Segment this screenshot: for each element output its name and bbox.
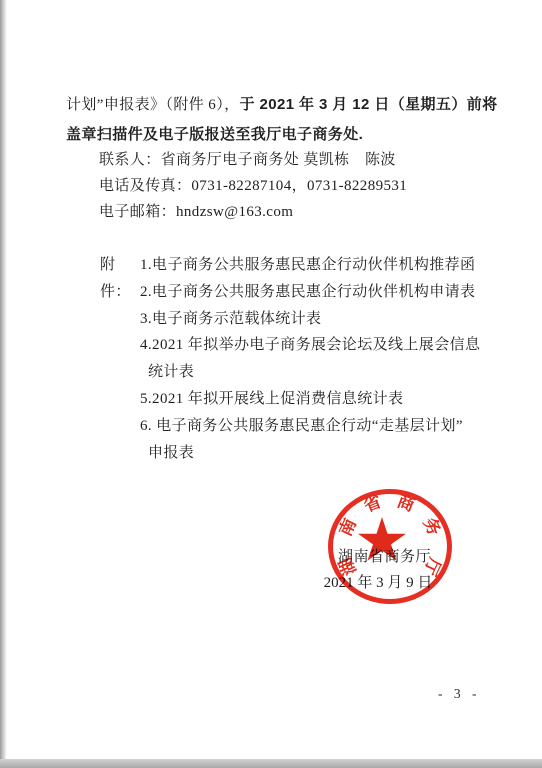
contact-person: 联系人：省商务厅电子商务处 莫凯栋 陈波 <box>99 147 407 173</box>
attachment-item: 6. 电子商务公共服务惠民惠企行动“走基层计划”申报表 <box>140 413 480 467</box>
attachments-label: 附件： <box>100 252 140 466</box>
attachments-list: 1.电子商务公共服务惠民惠企行动伙伴机构推荐函 2.电子商务公共服务惠民惠企行动… <box>140 252 480 466</box>
page-number: - 3 - <box>438 686 481 702</box>
attachment-item: 4.2021 年拟举办电子商务展会论坛及线上展会信息统计表 <box>140 332 480 386</box>
attachment-item: 5.2021 年拟开展线上促消费信息统计表 <box>140 386 480 413</box>
attachments-block: 附件： 1.电子商务公共服务惠民惠企行动伙伴机构推荐函 2.电子商务公共服务惠民… <box>100 252 480 466</box>
document-page: 计划”申报表》（附件 6），于 2021 年 3 月 12 日（星期五）前将盖章… <box>0 0 542 768</box>
contact-email: 电子邮箱：hndzsw@163.com <box>99 199 407 225</box>
body-paragraph: 计划”申报表》（附件 6），于 2021 年 3 月 12 日（星期五）前将盖章… <box>66 90 536 150</box>
attachment-item: 3.电子商务示范载体统计表 <box>140 306 480 333</box>
signature-org: 湖南省商务厅 <box>327 545 442 566</box>
signature-date: 2021 年 3 月 9 日 <box>322 571 434 592</box>
attachment-item: 1.电子商务公共服务惠民惠企行动伙伴机构推荐函 <box>140 252 480 279</box>
contact-block: 联系人：省商务厅电子商务处 莫凯栋 陈波 电话及传真：0731-82287104… <box>99 147 407 225</box>
scan-left-edge <box>0 0 7 768</box>
seal-arc-char: 南 <box>336 515 360 539</box>
seal-arc-char: 商 <box>394 492 417 515</box>
body-line1-bold: 于 2021 年 3 月 12 日（星期五）前将 <box>240 96 498 113</box>
contact-phone: 电话及传真：0731-82287104，0731-82289531 <box>99 173 407 199</box>
body-line1-normal: 计划”申报表》（附件 6）， <box>66 97 240 113</box>
seal-arc-char: 省 <box>361 492 384 515</box>
body-line2-bold: 盖章扫描件及电子版报送至我厅电子商务处. <box>66 126 363 143</box>
seal-arc-char: 务 <box>419 514 443 538</box>
attachment-item: 2.电子商务公共服务惠民惠企行动伙伴机构申请表 <box>140 279 480 306</box>
scan-bottom-edge <box>0 759 542 768</box>
